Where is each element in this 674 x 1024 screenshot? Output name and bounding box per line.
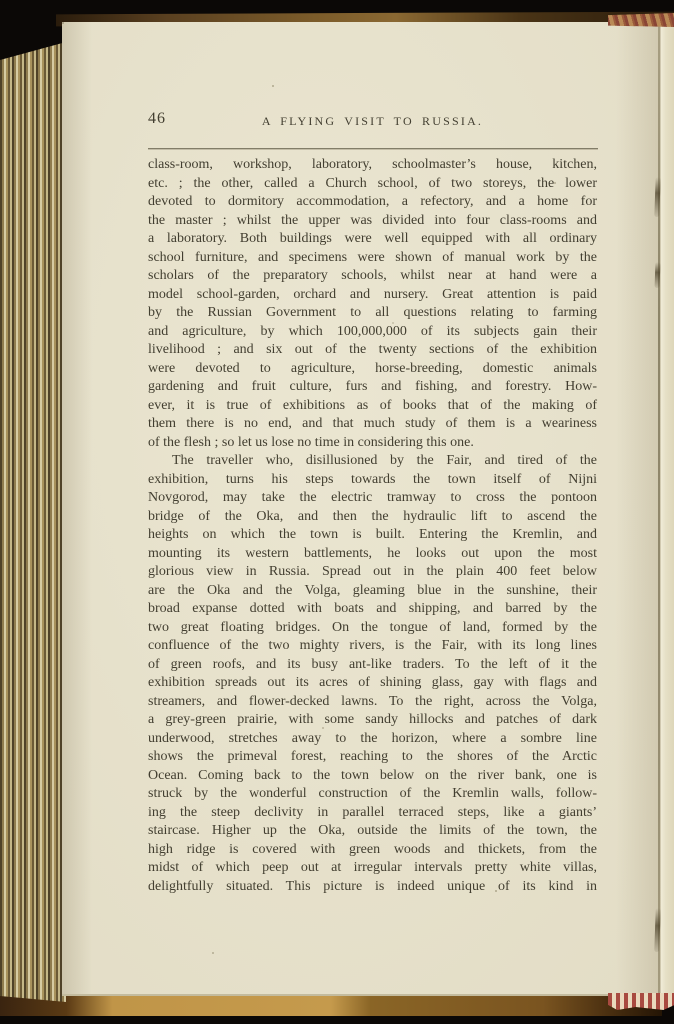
text-line: gardening and fruit culture, furs and fi… (148, 378, 597, 397)
text-line: devoted to dormitory accommodation, a re… (148, 193, 597, 212)
text-line: confluence of the two mighty rivers, is … (148, 637, 597, 656)
page-edges (0, 42, 66, 1004)
text-line: model school-garden, orchard and nursery… (148, 286, 597, 305)
paper-speckles (62, 22, 64, 24)
text-line: etc. ; the other, called a Church school… (148, 175, 597, 194)
adjacent-page-edge (661, 22, 674, 994)
text-line: shows the primeval forest, reaching to t… (148, 748, 597, 767)
text-line: ever, it is true of exhibitions as of bo… (148, 397, 597, 416)
header-rule (148, 148, 598, 149)
text-line: exhibition, turns his steps towards the … (148, 471, 597, 490)
text-line: ing the steep declivity in parallel terr… (148, 804, 597, 823)
text-line: them there is no end, and that much stud… (148, 415, 597, 434)
text-line: of the flesh ; so let us lose no time in… (148, 434, 597, 453)
spine-headband-bottom (608, 993, 674, 1010)
text-line: heights on which the town is built. Ente… (148, 526, 597, 545)
text-line: Novgorod, may take the electric tramway … (148, 489, 597, 508)
text-line: by the Russian Government to all questio… (148, 304, 597, 323)
book-page: 46 A FLYING VISIT TO RUSSIA. class-room,… (62, 22, 674, 996)
text-line: underwood, stretches away to the horizon… (148, 730, 597, 749)
text-line: bridge of the Oka, and then the hydrauli… (148, 508, 597, 527)
text-line: two great floating bridges. On the tongu… (148, 619, 597, 638)
text-line: streamers, and flower-decked lawns. To t… (148, 693, 597, 712)
text-line: scholars of the preparatory schools, whi… (148, 267, 597, 286)
book-scan: 46 A FLYING VISIT TO RUSSIA. class-room,… (0, 0, 674, 1024)
text-line: high ridge is covered with green woods a… (148, 841, 597, 860)
text-line: a grey-green prairie, with some sandy hi… (148, 711, 597, 730)
text-line: school furniture, and specimens were sho… (148, 249, 597, 268)
page-nick (655, 262, 661, 288)
text-line: were devoted to agriculture, horse-breed… (148, 360, 597, 379)
text-line: the master ; whilst the upper was divide… (148, 212, 597, 231)
text-line: midst of which peep out at irregular int… (148, 859, 597, 878)
text-line: of green roofs, and its busy ant-like tr… (148, 656, 597, 675)
text-line: staircase. Higher up the Oka, outside th… (148, 822, 597, 841)
text-line: delightfully situated. This picture is i… (148, 878, 597, 897)
text-line: are the Oka and the Volga, gleaming blue… (148, 582, 597, 601)
text-line: exhibition spreads out its acres of shin… (148, 674, 597, 693)
text-line: mounting its western battlements, he loo… (148, 545, 597, 564)
body-text: class-room, workshop, laboratory, school… (148, 156, 597, 896)
spine-headband-top (608, 13, 674, 27)
text-line: livelihood ; and six out of the twenty s… (148, 341, 597, 360)
running-header: A FLYING VISIT TO RUSSIA. (148, 114, 597, 129)
text-line: struck by the wonderful construction of … (148, 785, 597, 804)
text-line: The traveller who, disillusioned by the … (148, 452, 597, 471)
gutter-crease (658, 22, 660, 994)
text-line: Ocean. Coming back to the town below on … (148, 767, 597, 786)
text-line: class-room, workshop, laboratory, school… (148, 156, 597, 175)
text-line: a laboratory. Both buildings were well e… (148, 230, 597, 249)
text-line: broad expanse dotted with boats and ship… (148, 600, 597, 619)
text-line: and agriculture, by which 100,000,000 of… (148, 323, 597, 342)
text-line: glorious view in Russia. Spread out in t… (148, 563, 597, 582)
